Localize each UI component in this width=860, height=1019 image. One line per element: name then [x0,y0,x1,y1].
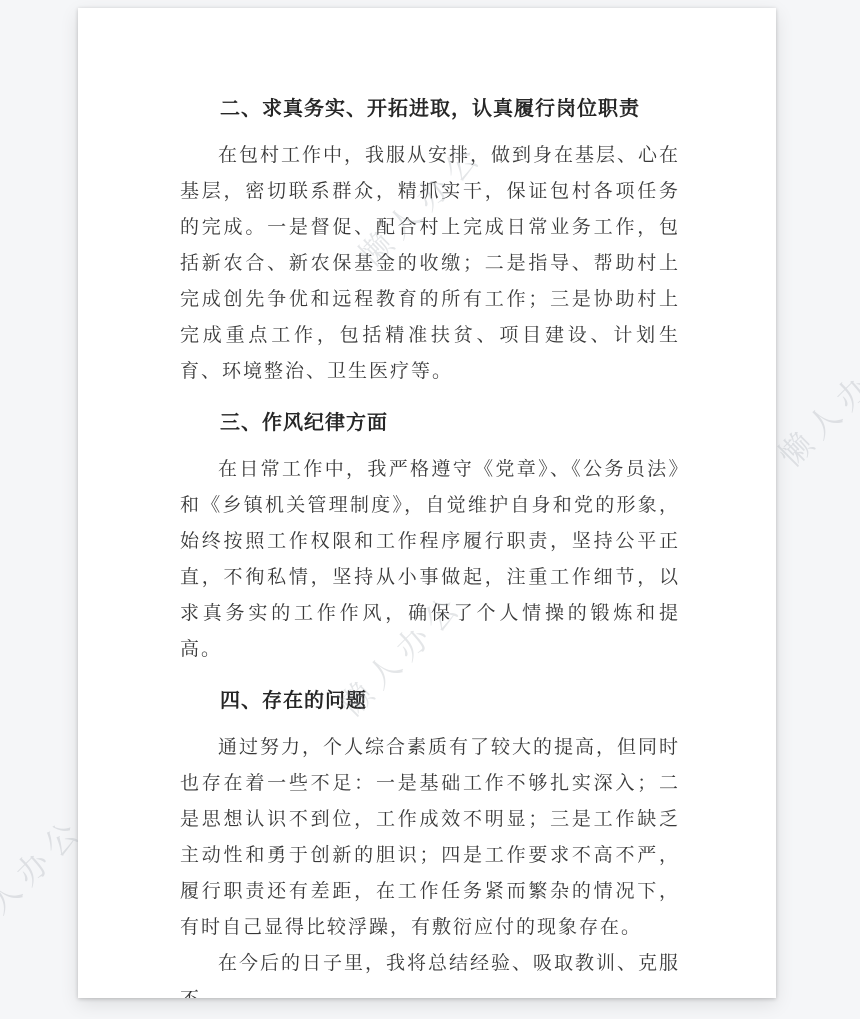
paragraph: 通过努力，个人综合素质有了较大的提高，但同时也存在着一些不足：一是基础工作不够扎… [180,730,680,946]
section-duty-performance: 二、求真务实、开拓进取，认真履行岗位职责 在包村工作中，我服从安排，做到身在基层… [180,94,680,390]
section-work-discipline: 三、作风纪律方面 在日常工作中，我严格遵守《党章》、《公务员法》和《乡镇机关管理… [180,408,680,668]
paragraph: 在包村工作中，我服从安排，做到身在基层、心在基层，密切联系群众，精抓实干，保证包… [180,138,680,390]
document-content: 二、求真务实、开拓进取，认真履行岗位职责 在包村工作中，我服从安排，做到身在基层… [78,8,776,998]
paragraph: 在今后的日子里，我将总结经验、吸取教训、克服不 [180,946,680,998]
paragraph: 在日常工作中，我严格遵守《党章》、《公务员法》和《乡镇机关管理制度》，自觉维护自… [180,452,680,668]
section-existing-problems: 四、存在的问题 通过努力，个人综合素质有了较大的提高，但同时也存在着一些不足：一… [180,686,680,998]
document-page: 二、求真务实、开拓进取，认真履行岗位职责 在包村工作中，我服从安排，做到身在基层… [78,8,776,998]
document-viewer: 二、求真务实、开拓进取，认真履行岗位职责 在包村工作中，我服从安排，做到身在基层… [0,0,860,1019]
watermark-text: 懒人办公 [767,330,860,476]
section-heading: 四、存在的问题 [180,686,680,716]
section-heading: 三、作风纪律方面 [180,408,680,438]
section-heading: 二、求真务实、开拓进取，认真履行岗位职责 [180,94,680,124]
